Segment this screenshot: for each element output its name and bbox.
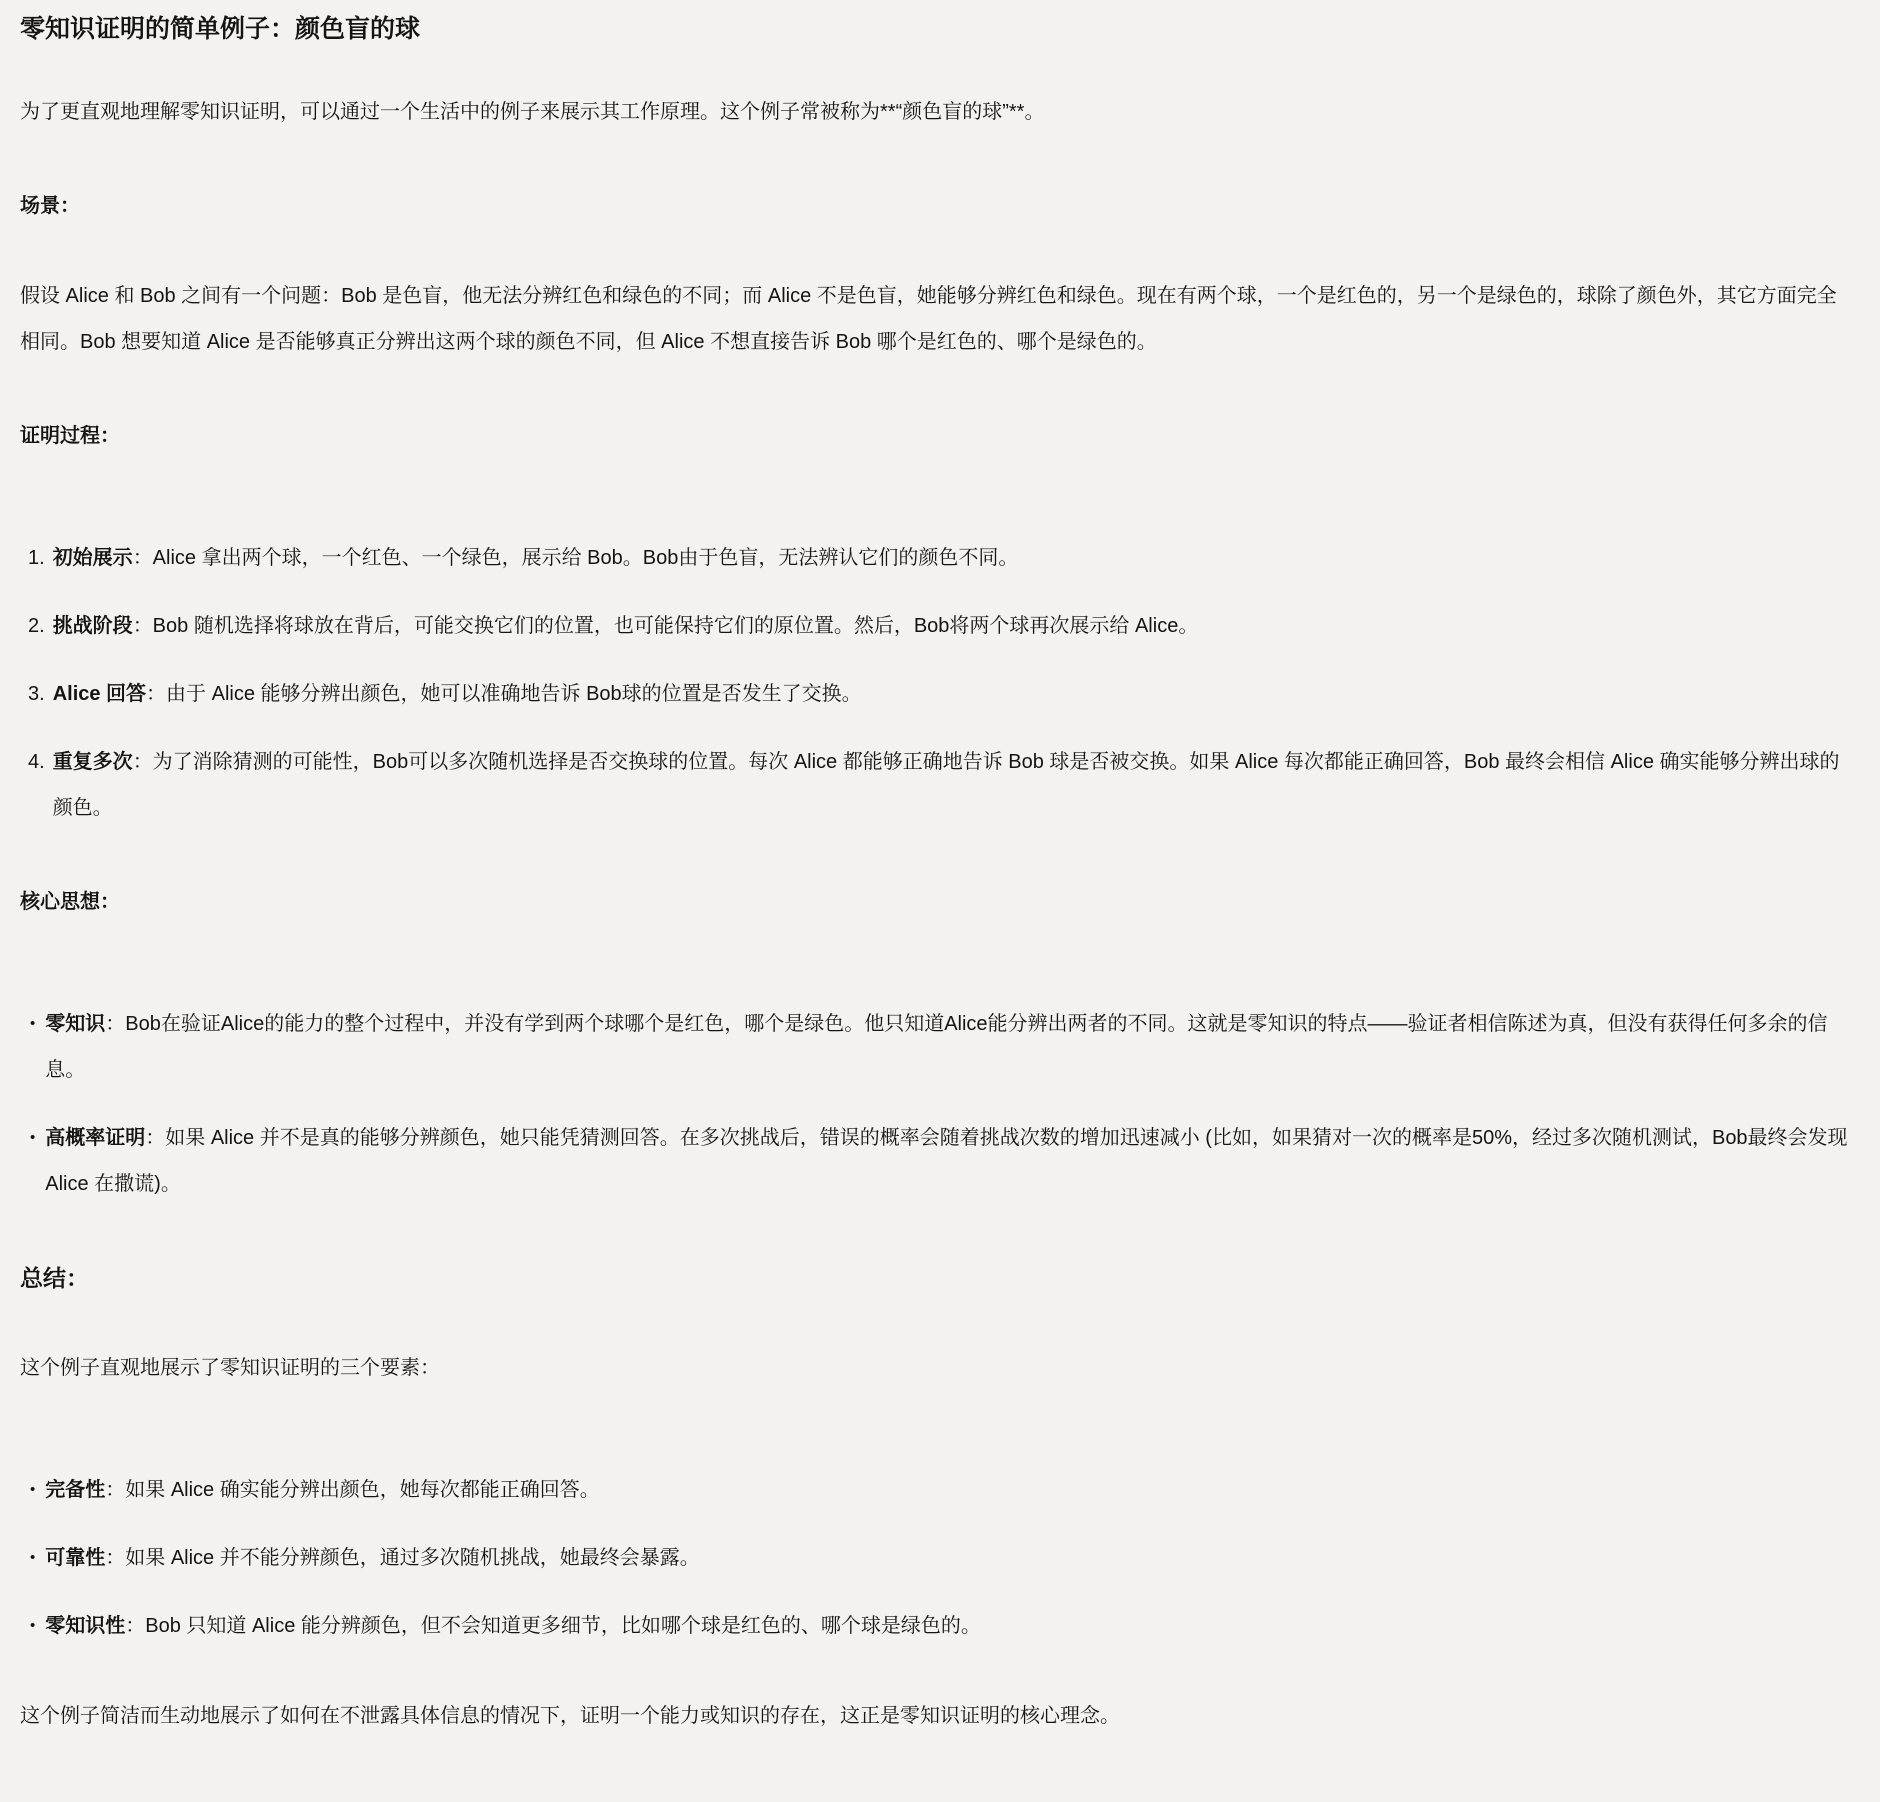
bullet-label: 完备性: [45, 1479, 105, 1501]
bullet-text: 高概率证明：如果 Alice 并不是真的能够分辨颜色，她只能凭猜测回答。在多次挑…: [45, 1115, 1854, 1207]
step-description: ：由于 Alice 能够分辨出颜色，她可以准确地告诉 Bob球的位置是否发生了交…: [146, 683, 862, 705]
process-step-1: 1. 初始展示：Alice 拿出两个球，一个红色、一个绿色，展示给 Bob。Bo…: [20, 535, 1854, 581]
bullet-text: 可靠性：如果 Alice 并不能分辨颜色，通过多次随机挑战，她最终会暴露。: [45, 1535, 1854, 1581]
step-text: 挑战阶段：Bob 随机选择将球放在背后，可能交换它们的位置，也可能保持它们的原位…: [53, 603, 1854, 649]
bullet-label: 零知识性: [45, 1615, 125, 1637]
step-number: 3.: [20, 671, 45, 717]
summary-bullet-soundness: • 可靠性：如果 Alice 并不能分辨颜色，通过多次随机挑战，她最终会暴露。: [20, 1535, 1854, 1581]
bullet-text: 零知识性：Bob 只知道 Alice 能分辨颜色，但不会知道更多细节，比如哪个球…: [45, 1603, 1854, 1649]
process-step-3: 3. Alice 回答：由于 Alice 能够分辨出颜色，她可以准确地告诉 Bo…: [20, 671, 1854, 717]
core-bullet-zero-knowledge: • 零知识：Bob在验证Alice的能力的整个过程中，并没有学到两个球哪个是红色…: [20, 1001, 1854, 1093]
bullet-icon: •: [20, 1535, 35, 1581]
bullet-text: 零知识：Bob在验证Alice的能力的整个过程中，并没有学到两个球哪个是红色，哪…: [45, 1001, 1854, 1093]
step-number: 2.: [20, 603, 45, 649]
page-background: { "page": { "title": "零知识证明的简单例子：颜色盲的球",…: [0, 0, 1880, 1802]
bullet-label: 零知识: [45, 1013, 105, 1035]
scenario-heading: 场景：: [20, 183, 1854, 229]
bullet-text: 完备性：如果 Alice 确实能分辨出颜色，她每次都能正确回答。: [45, 1467, 1854, 1513]
core-idea-heading: 核心思想：: [20, 879, 1854, 925]
process-step-4: 4. 重复多次：为了消除猜测的可能性，Bob可以多次随机选择是否交换球的位置。每…: [20, 739, 1854, 831]
bullet-description: ：如果 Alice 并不是真的能够分辨颜色，她只能凭猜测回答。在多次挑战后，错误…: [45, 1127, 1847, 1195]
bullet-icon: •: [20, 1001, 35, 1047]
process-step-list: 1. 初始展示：Alice 拿出两个球，一个红色、一个绿色，展示给 Bob。Bo…: [20, 535, 1854, 831]
core-idea-list: • 零知识：Bob在验证Alice的能力的整个过程中，并没有学到两个球哪个是红色…: [20, 1001, 1854, 1207]
step-label: 挑战阶段: [53, 615, 133, 637]
closing-paragraph: 这个例子简洁而生动地展示了如何在不泄露具体信息的情况下，证明一个能力或知识的存在…: [20, 1693, 1854, 1739]
step-description: ：Alice 拿出两个球，一个红色、一个绿色，展示给 Bob。Bob由于色盲，无…: [133, 547, 1019, 569]
document-body: 零知识证明的简单例子：颜色盲的球 为了更直观地理解零知识证明，可以通过一个生活中…: [20, 14, 1854, 1739]
summary-heading: 总结：: [20, 1255, 1854, 1301]
intro-paragraph: 为了更直观地理解零知识证明，可以通过一个生活中的例子来展示其工作原理。这个例子常…: [20, 89, 1854, 135]
step-number: 4.: [20, 739, 45, 785]
process-heading: 证明过程：: [20, 413, 1854, 459]
step-label: 重复多次: [53, 751, 133, 773]
step-text: 重复多次：为了消除猜测的可能性，Bob可以多次随机选择是否交换球的位置。每次 A…: [53, 739, 1854, 831]
step-label: Alice 回答: [53, 683, 146, 705]
bullet-description: ：Bob在验证Alice的能力的整个过程中，并没有学到两个球哪个是红色，哪个是绿…: [45, 1013, 1827, 1081]
bullet-icon: •: [20, 1467, 35, 1513]
bullet-icon: •: [20, 1115, 35, 1161]
summary-bullet-completeness: • 完备性：如果 Alice 确实能分辨出颜色，她每次都能正确回答。: [20, 1467, 1854, 1513]
summary-lead-paragraph: 这个例子直观地展示了零知识证明的三个要素：: [20, 1345, 1854, 1391]
core-bullet-high-probability: • 高概率证明：如果 Alice 并不是真的能够分辨颜色，她只能凭猜测回答。在多…: [20, 1115, 1854, 1207]
summary-list: • 完备性：如果 Alice 确实能分辨出颜色，她每次都能正确回答。 • 可靠性…: [20, 1467, 1854, 1649]
page-title: 零知识证明的简单例子：颜色盲的球: [20, 14, 1854, 45]
step-number: 1.: [20, 535, 45, 581]
step-label: 初始展示: [53, 547, 133, 569]
bullet-icon: •: [20, 1603, 35, 1649]
process-step-2: 2. 挑战阶段：Bob 随机选择将球放在背后，可能交换它们的位置，也可能保持它们…: [20, 603, 1854, 649]
bullet-description: ：如果 Alice 确实能分辨出颜色，她每次都能正确回答。: [105, 1479, 599, 1501]
bullet-description: ：如果 Alice 并不能分辨颜色，通过多次随机挑战，她最终会暴露。: [105, 1547, 699, 1569]
step-description: ：为了消除猜测的可能性，Bob可以多次随机选择是否交换球的位置。每次 Alice…: [53, 751, 1840, 819]
step-text: Alice 回答：由于 Alice 能够分辨出颜色，她可以准确地告诉 Bob球的…: [53, 671, 1854, 717]
bullet-label: 高概率证明: [45, 1127, 145, 1149]
bullet-label: 可靠性: [45, 1547, 105, 1569]
step-text: 初始展示：Alice 拿出两个球，一个红色、一个绿色，展示给 Bob。Bob由于…: [53, 535, 1854, 581]
step-description: ：Bob 随机选择将球放在背后，可能交换它们的位置，也可能保持它们的原位置。然后…: [133, 615, 1199, 637]
summary-bullet-zero-knowledge: • 零知识性：Bob 只知道 Alice 能分辨颜色，但不会知道更多细节，比如哪…: [20, 1603, 1854, 1649]
bullet-description: ：Bob 只知道 Alice 能分辨颜色，但不会知道更多细节，比如哪个球是红色的…: [125, 1615, 981, 1637]
scenario-paragraph: 假设 Alice 和 Bob 之间有一个问题：Bob 是色盲，他无法分辨红色和绿…: [20, 273, 1854, 365]
